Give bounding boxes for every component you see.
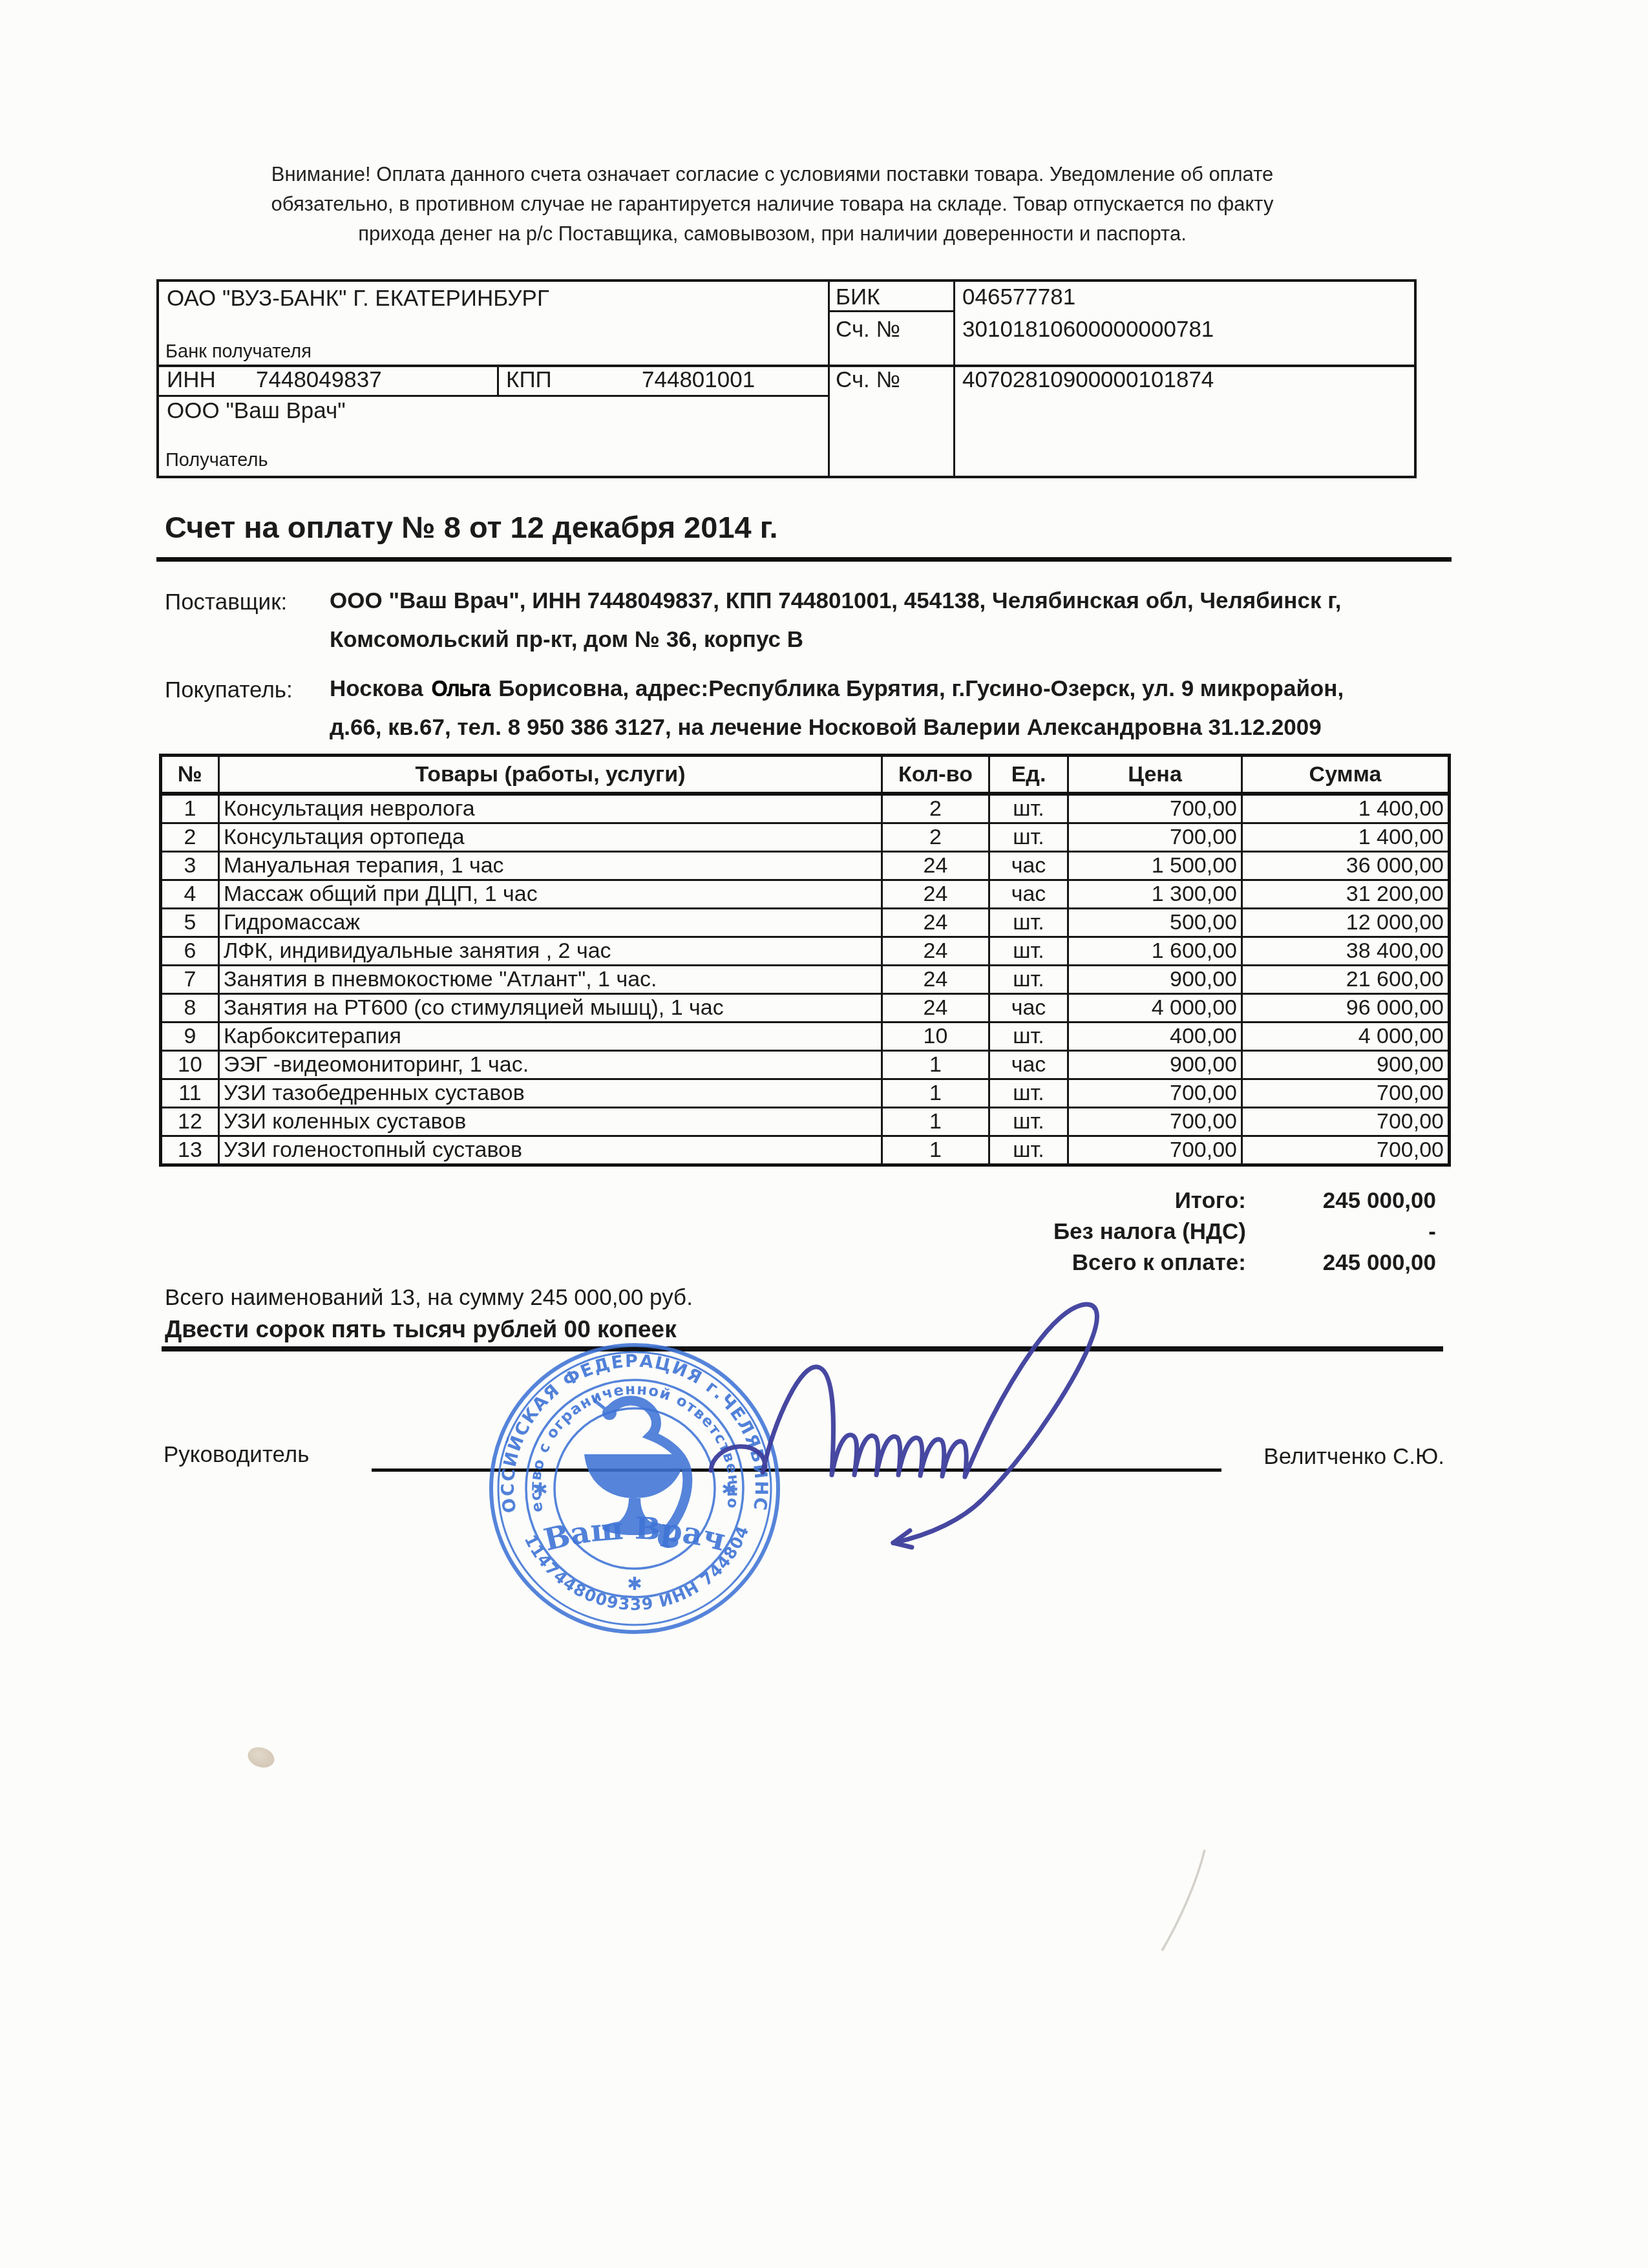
role-label: Руководитель [164, 1442, 309, 1468]
table-row: 6ЛФК, индивидуальные занятия , 2 час24шт… [161, 937, 1450, 966]
sum-cell: 21 600,00 [1242, 966, 1450, 994]
qty-cell: 10 [882, 1023, 989, 1051]
items-body: 1Консультация невролога2шт.700,001 400,0… [161, 794, 1450, 1165]
name-cell: УЗИ коленных суставов [219, 1108, 882, 1136]
name-cell: Консультация ортопеда [219, 823, 882, 852]
col-num: № [161, 756, 219, 794]
price-cell: 700,00 [1068, 794, 1242, 823]
items-count-line: Всего наименований 13, на сумму 245 000,… [165, 1285, 693, 1311]
unit-cell: шт. [989, 1108, 1068, 1136]
sum-cell: 31 200,00 [1242, 880, 1450, 909]
qty-cell: 1 [882, 1051, 989, 1079]
table-row: 11УЗИ тазобедренных суставов1шт.700,0070… [161, 1079, 1450, 1108]
name-cell: Массаж общий при ДЦП, 1 час [219, 880, 882, 909]
bank-name: ОАО "ВУЗ-БАНК" Г. ЕКАТЕРИНБУРГ [167, 286, 549, 312]
qty-cell: 24 [882, 966, 989, 994]
qty-cell: 24 [882, 937, 989, 966]
unit-cell: шт. [989, 937, 1068, 966]
name-cell: УЗИ тазобедренных суставов [219, 1079, 882, 1108]
unit-cell: шт. [989, 794, 1068, 823]
num-cell: 13 [161, 1136, 219, 1165]
total-label: Всего к оплате: [646, 1250, 1246, 1276]
name-cell: Занятия на РТ600 (со стимуляцией мышц), … [219, 994, 882, 1023]
num-cell: 12 [161, 1108, 219, 1136]
sum-cell: 900,00 [1242, 1051, 1450, 1079]
scan-artifact-blob [245, 1744, 277, 1771]
unit-cell: шт. [989, 823, 1068, 852]
payment-warning: Внимание! Оплата данного счета означает … [213, 160, 1331, 249]
unit-cell: час [989, 880, 1068, 909]
unit-cell: шт. [989, 909, 1068, 937]
scanned-invoice-page: Внимание! Оплата данного счета означает … [0, 0, 1648, 2268]
price-cell: 1 600,00 [1068, 937, 1242, 966]
supplier-line: ООО "Ваш Врач", ИНН 7448049837, КПП 7448… [330, 588, 1341, 614]
num-cell: 7 [161, 966, 219, 994]
table-row: 12УЗИ коленных суставов1шт.700,00700,00 [161, 1108, 1450, 1136]
qty-cell: 24 [882, 880, 989, 909]
qty-cell: 24 [882, 909, 989, 937]
sum-cell: 12 000,00 [1242, 909, 1450, 937]
sum-cell: 1 400,00 [1242, 823, 1450, 852]
total-value: 245 000,00 [1246, 1250, 1436, 1276]
sum-cell: 4 000,00 [1242, 1023, 1450, 1051]
name-cell: Мануальная терапия, 1 час [219, 852, 882, 880]
items-table: № Товары (работы, услуги) Кол-во Ед. Цен… [159, 754, 1451, 1167]
account-label: Сч. № [836, 367, 900, 393]
table-row: 13УЗИ голеностопный суставов1шт.700,0070… [161, 1136, 1450, 1165]
col-unit: Ед. [989, 756, 1068, 794]
warning-line: прихода денег на р/с Поставщика, самовыв… [213, 219, 1331, 249]
buyer-name-overprint: Ольга [432, 676, 490, 702]
sum-cell: 700,00 [1242, 1136, 1450, 1165]
warning-line: Внимание! Оплата данного счета означает … [213, 160, 1331, 189]
table-row: 1Консультация невролога2шт.700,001 400,0… [161, 794, 1450, 823]
table-row: 9Карбокситерапия10шт.400,004 000,00 [161, 1023, 1450, 1051]
table-row: 7Занятия в пневмокостюме "Атлант", 1 час… [161, 966, 1450, 994]
num-cell: 10 [161, 1051, 219, 1079]
table-row: 8Занятия на РТ600 (со стимуляцией мышц),… [161, 994, 1450, 1023]
totals-block: Итого: 245 000,00 Без налога (НДС) - Все… [646, 1185, 1436, 1278]
price-cell: 500,00 [1068, 909, 1242, 937]
qty-cell: 2 [882, 823, 989, 852]
bank-requisites-table: ОАО "ВУЗ-БАНК" Г. ЕКАТЕРИНБУРГ Банк полу… [156, 279, 1417, 478]
account-value: 40702810900000101874 [962, 367, 1214, 393]
bik-label: БИК [836, 284, 880, 310]
sum-cell: 36 000,00 [1242, 852, 1450, 880]
table-row: 10ЭЭГ -видеомониторинг, 1 час.1час900,00… [161, 1051, 1450, 1079]
unit-cell: шт. [989, 1079, 1068, 1108]
total-row: Без налога (НДС) - [646, 1216, 1436, 1247]
total-value: - [1246, 1219, 1436, 1245]
sum-cell: 1 400,00 [1242, 794, 1450, 823]
table-row: 3Мануальная терапия, 1 час24час1 500,003… [161, 852, 1450, 880]
table-row: 2Консультация ортопеда2шт.700,001 400,00 [161, 823, 1450, 852]
buyer-label: Покупатель: [165, 677, 293, 703]
unit-cell: шт. [989, 1136, 1068, 1165]
sum-cell: 700,00 [1242, 1108, 1450, 1136]
price-cell: 4 000,00 [1068, 994, 1242, 1023]
recipient-label: Получатель [165, 450, 268, 471]
items-header-row: № Товары (работы, услуги) Кол-во Ед. Цен… [161, 756, 1450, 794]
price-cell: 900,00 [1068, 1051, 1242, 1079]
total-row: Итого: 245 000,00 [646, 1185, 1436, 1216]
buyer-address-part: Борисовна, адрес:Республика Бурятия, г.Г… [492, 676, 1344, 701]
price-cell: 700,00 [1068, 823, 1242, 852]
qty-cell: 24 [882, 994, 989, 1023]
sum-cell: 38 400,00 [1242, 937, 1450, 966]
stamp-star-left: ✱ [533, 1479, 547, 1500]
table-row: 5Гидромассаж24шт.500,0012 000,00 [161, 909, 1450, 937]
total-label: Итого: [646, 1188, 1246, 1214]
total-value: 245 000,00 [1246, 1188, 1436, 1214]
price-cell: 700,00 [1068, 1079, 1242, 1108]
warning-line: обязательно, в противном случае не гаран… [213, 189, 1331, 219]
num-cell: 1 [161, 794, 219, 823]
buyer-line: д.66, кв.67, тел. 8 950 386 3127, на леч… [330, 715, 1322, 741]
qty-cell: 1 [882, 1108, 989, 1136]
inn-value: 7448049837 [256, 367, 382, 393]
divider [497, 365, 499, 397]
qty-cell: 24 [882, 852, 989, 880]
kpp-value: 744801001 [642, 367, 755, 393]
scan-artifact-curve [1150, 1842, 1221, 1958]
name-cell: Занятия в пневмокостюме "Атлант", 1 час. [219, 966, 882, 994]
recipient-name: ООО "Ваш Врач" [167, 398, 346, 424]
sum-cell: 700,00 [1242, 1079, 1450, 1108]
title-rule [156, 557, 1452, 562]
invoice-title: Счет на оплату № 8 от 12 декабря 2014 г. [165, 509, 778, 545]
unit-cell: шт. [989, 966, 1068, 994]
corr-account-label: Сч. № [836, 317, 900, 343]
num-cell: 6 [161, 937, 219, 966]
bik-value: 046577781 [962, 284, 1075, 310]
total-row: Всего к оплате: 245 000,00 [646, 1247, 1436, 1278]
buyer-name-part: Носкова [330, 676, 429, 701]
qty-cell: 1 [882, 1079, 989, 1108]
handwritten-signature [672, 1286, 1125, 1596]
divider [828, 310, 955, 312]
corr-account-value: 30101810600000000781 [962, 317, 1214, 343]
col-qty: Кол-во [882, 756, 989, 794]
col-name: Товары (работы, услуги) [219, 756, 882, 794]
col-price: Цена [1068, 756, 1242, 794]
name-cell: Карбокситерапия [219, 1023, 882, 1051]
bank-label: Банк получателя [165, 341, 312, 363]
num-cell: 11 [161, 1079, 219, 1108]
price-cell: 700,00 [1068, 1108, 1242, 1136]
name-cell: ЭЭГ -видеомониторинг, 1 час. [219, 1051, 882, 1079]
name-cell: ЛФК, индивидуальные занятия , 2 час [219, 937, 882, 966]
qty-cell: 2 [882, 794, 989, 823]
num-cell: 8 [161, 994, 219, 1023]
unit-cell: шт. [989, 1023, 1068, 1051]
unit-cell: час [989, 852, 1068, 880]
num-cell: 2 [161, 823, 219, 852]
price-cell: 900,00 [1068, 966, 1242, 994]
supplier-line: Комсомольский пр-кт, дом № 36, корпус В [330, 627, 803, 653]
qty-cell: 1 [882, 1136, 989, 1165]
kpp-label: КПП [506, 367, 552, 393]
num-cell: 4 [161, 880, 219, 909]
table-row: 4Массаж общий при ДЦП, 1 час24час1 300,0… [161, 880, 1450, 909]
col-sum: Сумма [1242, 756, 1450, 794]
price-cell: 1 500,00 [1068, 852, 1242, 880]
name-cell: Гидромассаж [219, 909, 882, 937]
num-cell: 5 [161, 909, 219, 937]
price-cell: 700,00 [1068, 1136, 1242, 1165]
divider [159, 395, 830, 397]
unit-cell: час [989, 994, 1068, 1023]
price-cell: 400,00 [1068, 1023, 1242, 1051]
inn-label: ИНН [167, 367, 216, 393]
num-cell: 3 [161, 852, 219, 880]
unit-cell: час [989, 1051, 1068, 1079]
price-cell: 1 300,00 [1068, 880, 1242, 909]
num-cell: 9 [161, 1023, 219, 1051]
name-cell: Консультация невролога [219, 794, 882, 823]
stamp-star-bottom: ✱ [627, 1573, 642, 1595]
signer-name: Велитченко С.Ю. [1228, 1444, 1444, 1470]
sum-cell: 96 000,00 [1242, 994, 1450, 1023]
total-label: Без налога (НДС) [646, 1219, 1246, 1245]
name-cell: УЗИ голеностопный суставов [219, 1136, 882, 1165]
buyer-line: Носкова Ольга Борисовна, адрес:Республик… [330, 676, 1344, 702]
supplier-label: Поставщик: [165, 589, 287, 615]
